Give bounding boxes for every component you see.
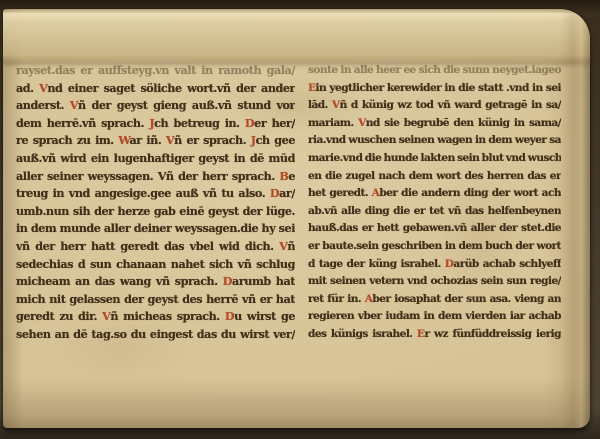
text-line: ret für in. Aber iosaphat der sun asa. v… bbox=[308, 291, 561, 309]
rubricated-initial: V bbox=[70, 98, 78, 112]
rubricated-initial: V bbox=[358, 117, 366, 129]
text-segment: arüb achab schlyeff bbox=[453, 258, 561, 270]
text-line: vñ der herr hatt geredt das vbel wid dic… bbox=[16, 238, 295, 256]
text-segment: micheam an das wang vñ sprach. bbox=[16, 274, 223, 288]
text-segment: ch betreug in. bbox=[154, 116, 245, 130]
text-segment: regieren vber iudam in dem vierden iar a… bbox=[308, 310, 561, 322]
text-line: re sprach zu im. War iñ. Vñ er sprach. J… bbox=[16, 132, 295, 150]
text-line: sonte in alle heer ee sich die sunn neyg… bbox=[308, 62, 561, 80]
text-segment: nd einer saget söliche wort.vñ der ander bbox=[47, 81, 295, 95]
text-segment: er her/ bbox=[254, 116, 295, 130]
text-line: het geredt. Aber die andern ding der wor… bbox=[308, 185, 561, 203]
text-segment: mich nit gelassen der geyst des herrē vñ… bbox=[16, 292, 295, 306]
text-segment: rayset.das er auffsteyg.vn valt in ramot… bbox=[16, 63, 295, 77]
text-line: aller seiner weyssagen. Vñ der herr spra… bbox=[16, 168, 295, 186]
text-line: mit seinen vetern vnd ochozias sein sun … bbox=[308, 273, 561, 291]
text-line: Ein yegtlicher kerewider in die statt .v… bbox=[308, 80, 561, 98]
rubricated-initial: V bbox=[166, 133, 174, 147]
text-segment: vñ der herr hatt geredt das vbel wid dic… bbox=[16, 239, 279, 253]
text-segment: ñ micheas sprach. bbox=[110, 309, 224, 323]
text-segment: in yegtlicher kerewider in die statt .vn… bbox=[316, 82, 561, 94]
text-line: umb.nun sih der herze gab einē geyst der… bbox=[16, 203, 295, 221]
text-line: auß.vñ wird ein lugenhaftiger geyst in d… bbox=[16, 150, 295, 168]
text-segment: anderst. bbox=[16, 98, 70, 112]
vellum-page: rayset.das er auffsteyg.vn valt in ramot… bbox=[3, 9, 590, 428]
text-segment: r wz fünfüddreissig ierig bbox=[424, 328, 561, 340]
text-line: mich nit gelassen der geyst des herrē vñ… bbox=[16, 291, 295, 309]
text-segment: umb.nun sih der herze gab einē geyst der… bbox=[16, 204, 295, 218]
text-segment: nd sie begrubē den künig in sama/ bbox=[366, 117, 561, 129]
text-line: hauß.das er hett gebawen.vñ aller der st… bbox=[308, 220, 561, 238]
text-line: lād. Vñ d künig wz tod vñ ward getragē i… bbox=[308, 97, 561, 115]
text-segment: des künigs israhel. bbox=[308, 328, 417, 340]
rubricated-initial: D bbox=[225, 309, 234, 323]
text-line: micheam an das wang vñ sprach. Darumb ha… bbox=[16, 273, 295, 291]
text-line: anderst. Vñ der geyst gieng auß.vñ stund… bbox=[16, 97, 295, 115]
text-segment: auß.vñ wird ein lugenhaftiger geyst in d… bbox=[16, 151, 295, 165]
text-line: dem herrē.vñ sprach. Jch betreug in. Der… bbox=[16, 115, 295, 133]
text-line: regieren vber iudam in dem vierden iar a… bbox=[308, 308, 561, 326]
text-line: ab.vñ alle ding die er tet vñ das helfen… bbox=[308, 203, 561, 221]
text-line: d tage der küng israhel. Darüb achab sch… bbox=[308, 256, 561, 274]
text-line: in dem munde aller deiner weyssagen.die … bbox=[16, 220, 295, 238]
text-column-right: sonte in alle heer ee sich die sunn neyg… bbox=[308, 62, 561, 344]
page-right-edge-curl bbox=[560, 9, 590, 428]
rubricated-initial: B bbox=[279, 169, 288, 183]
text-segment: dem herrē.vñ sprach. bbox=[16, 116, 149, 130]
text-line: ria.vnd wuschen seinen wagen in dem weye… bbox=[308, 132, 561, 150]
text-segment: ber die andern ding der wort ach bbox=[379, 187, 561, 199]
rubricated-initial: D bbox=[270, 186, 279, 200]
text-segment: ñ d künig wz tod vñ ward getragē in sa/ bbox=[340, 99, 561, 111]
rubricated-initial: E bbox=[308, 82, 316, 94]
text-segment: re sprach zu im. bbox=[16, 133, 118, 147]
text-line: des künigs israhel. Er wz fünfüddreissig… bbox=[308, 326, 561, 344]
photo-frame: rayset.das er auffsteyg.vn valt in ramot… bbox=[0, 0, 600, 439]
text-segment: ria.vnd wuschen seinen wagen in dem weye… bbox=[308, 134, 561, 146]
text-segment: het geredt. bbox=[308, 187, 372, 199]
text-line: er baute.sein geschriben in dem buch der… bbox=[308, 238, 561, 256]
text-segment: ñ bbox=[287, 239, 295, 253]
text-segment: lād. bbox=[308, 99, 332, 111]
text-segment: aller seiner weyssagen. Vñ der herr spra… bbox=[16, 169, 279, 183]
text-segment: mit seinen vetern vnd ochozias sein sun … bbox=[308, 275, 561, 287]
text-segment: sonte in alle heer ee sich die sunn neyg… bbox=[308, 64, 561, 76]
text-segment: en die zugel nach dem wort des herren da… bbox=[308, 170, 561, 182]
text-segment: ar iñ. bbox=[129, 133, 165, 147]
text-segment: in dem munde aller deiner weyssagen.die … bbox=[16, 221, 295, 235]
text-segment: ber iosaphat der sun asa. vieng an bbox=[372, 293, 561, 305]
text-line: ad. Vnd einer saget söliche wort.vñ der … bbox=[16, 80, 295, 98]
text-line: mariam. Vnd sie begrubē den künig in sam… bbox=[308, 115, 561, 133]
text-line: marie.vnd die hunde lakten sein blut vnd… bbox=[308, 150, 561, 168]
page-fold-top bbox=[3, 9, 590, 63]
rubricated-initial: V bbox=[332, 99, 340, 111]
text-segment: ret für in. bbox=[308, 293, 365, 305]
text-segment: e bbox=[288, 169, 295, 183]
text-segment: treug in vnd angesige.gee auß vñ tu also… bbox=[16, 186, 270, 200]
text-segment: u wirst ge bbox=[234, 309, 295, 323]
text-line: geredt zu dir. Vñ micheas sprach. Du wir… bbox=[16, 308, 295, 326]
text-line: en die zugel nach dem wort des herren da… bbox=[308, 168, 561, 186]
text-segment: geredt zu dir. bbox=[16, 309, 102, 323]
text-segment: sehen an dē tag.so du eingest das du wir… bbox=[16, 327, 295, 341]
rubricated-initial: W bbox=[118, 133, 129, 147]
text-segment: ad. bbox=[16, 81, 39, 95]
text-column-left: rayset.das er auffsteyg.vn valt in ramot… bbox=[16, 62, 295, 344]
text-segment: d tage der küng israhel. bbox=[308, 258, 445, 270]
text-segment: ñ er sprach. bbox=[174, 133, 251, 147]
text-segment: mariam. bbox=[308, 117, 358, 129]
text-line: treug in vnd angesige.gee auß vñ tu also… bbox=[16, 185, 295, 203]
text-segment: marie.vnd die hunde lakten sein blut vnd… bbox=[308, 152, 561, 164]
text-segment: ch gee bbox=[256, 133, 295, 147]
rubricated-initial: D bbox=[245, 116, 254, 130]
text-line: sehen an dē tag.so du eingest das du wir… bbox=[16, 326, 295, 344]
text-segment: er baute.sein geschriben in dem buch der… bbox=[308, 240, 561, 252]
text-segment: arumb hat bbox=[232, 274, 295, 288]
text-segment: sedechias d sun chanaan nahet sich vñ sc… bbox=[16, 257, 295, 271]
text-line: rayset.das er auffsteyg.vn valt in ramot… bbox=[16, 62, 295, 80]
text-segment: ñ der geyst gieng auß.vñ stund vor bbox=[78, 98, 295, 112]
text-segment: hauß.das er hett gebawen.vñ aller der st… bbox=[308, 222, 561, 234]
text-segment: ar/ bbox=[279, 186, 295, 200]
text-segment: ab.vñ alle ding die er tet vñ das helfen… bbox=[308, 205, 561, 217]
text-line: sedechias d sun chanaan nahet sich vñ sc… bbox=[16, 256, 295, 274]
rubricated-initial: D bbox=[223, 274, 232, 288]
